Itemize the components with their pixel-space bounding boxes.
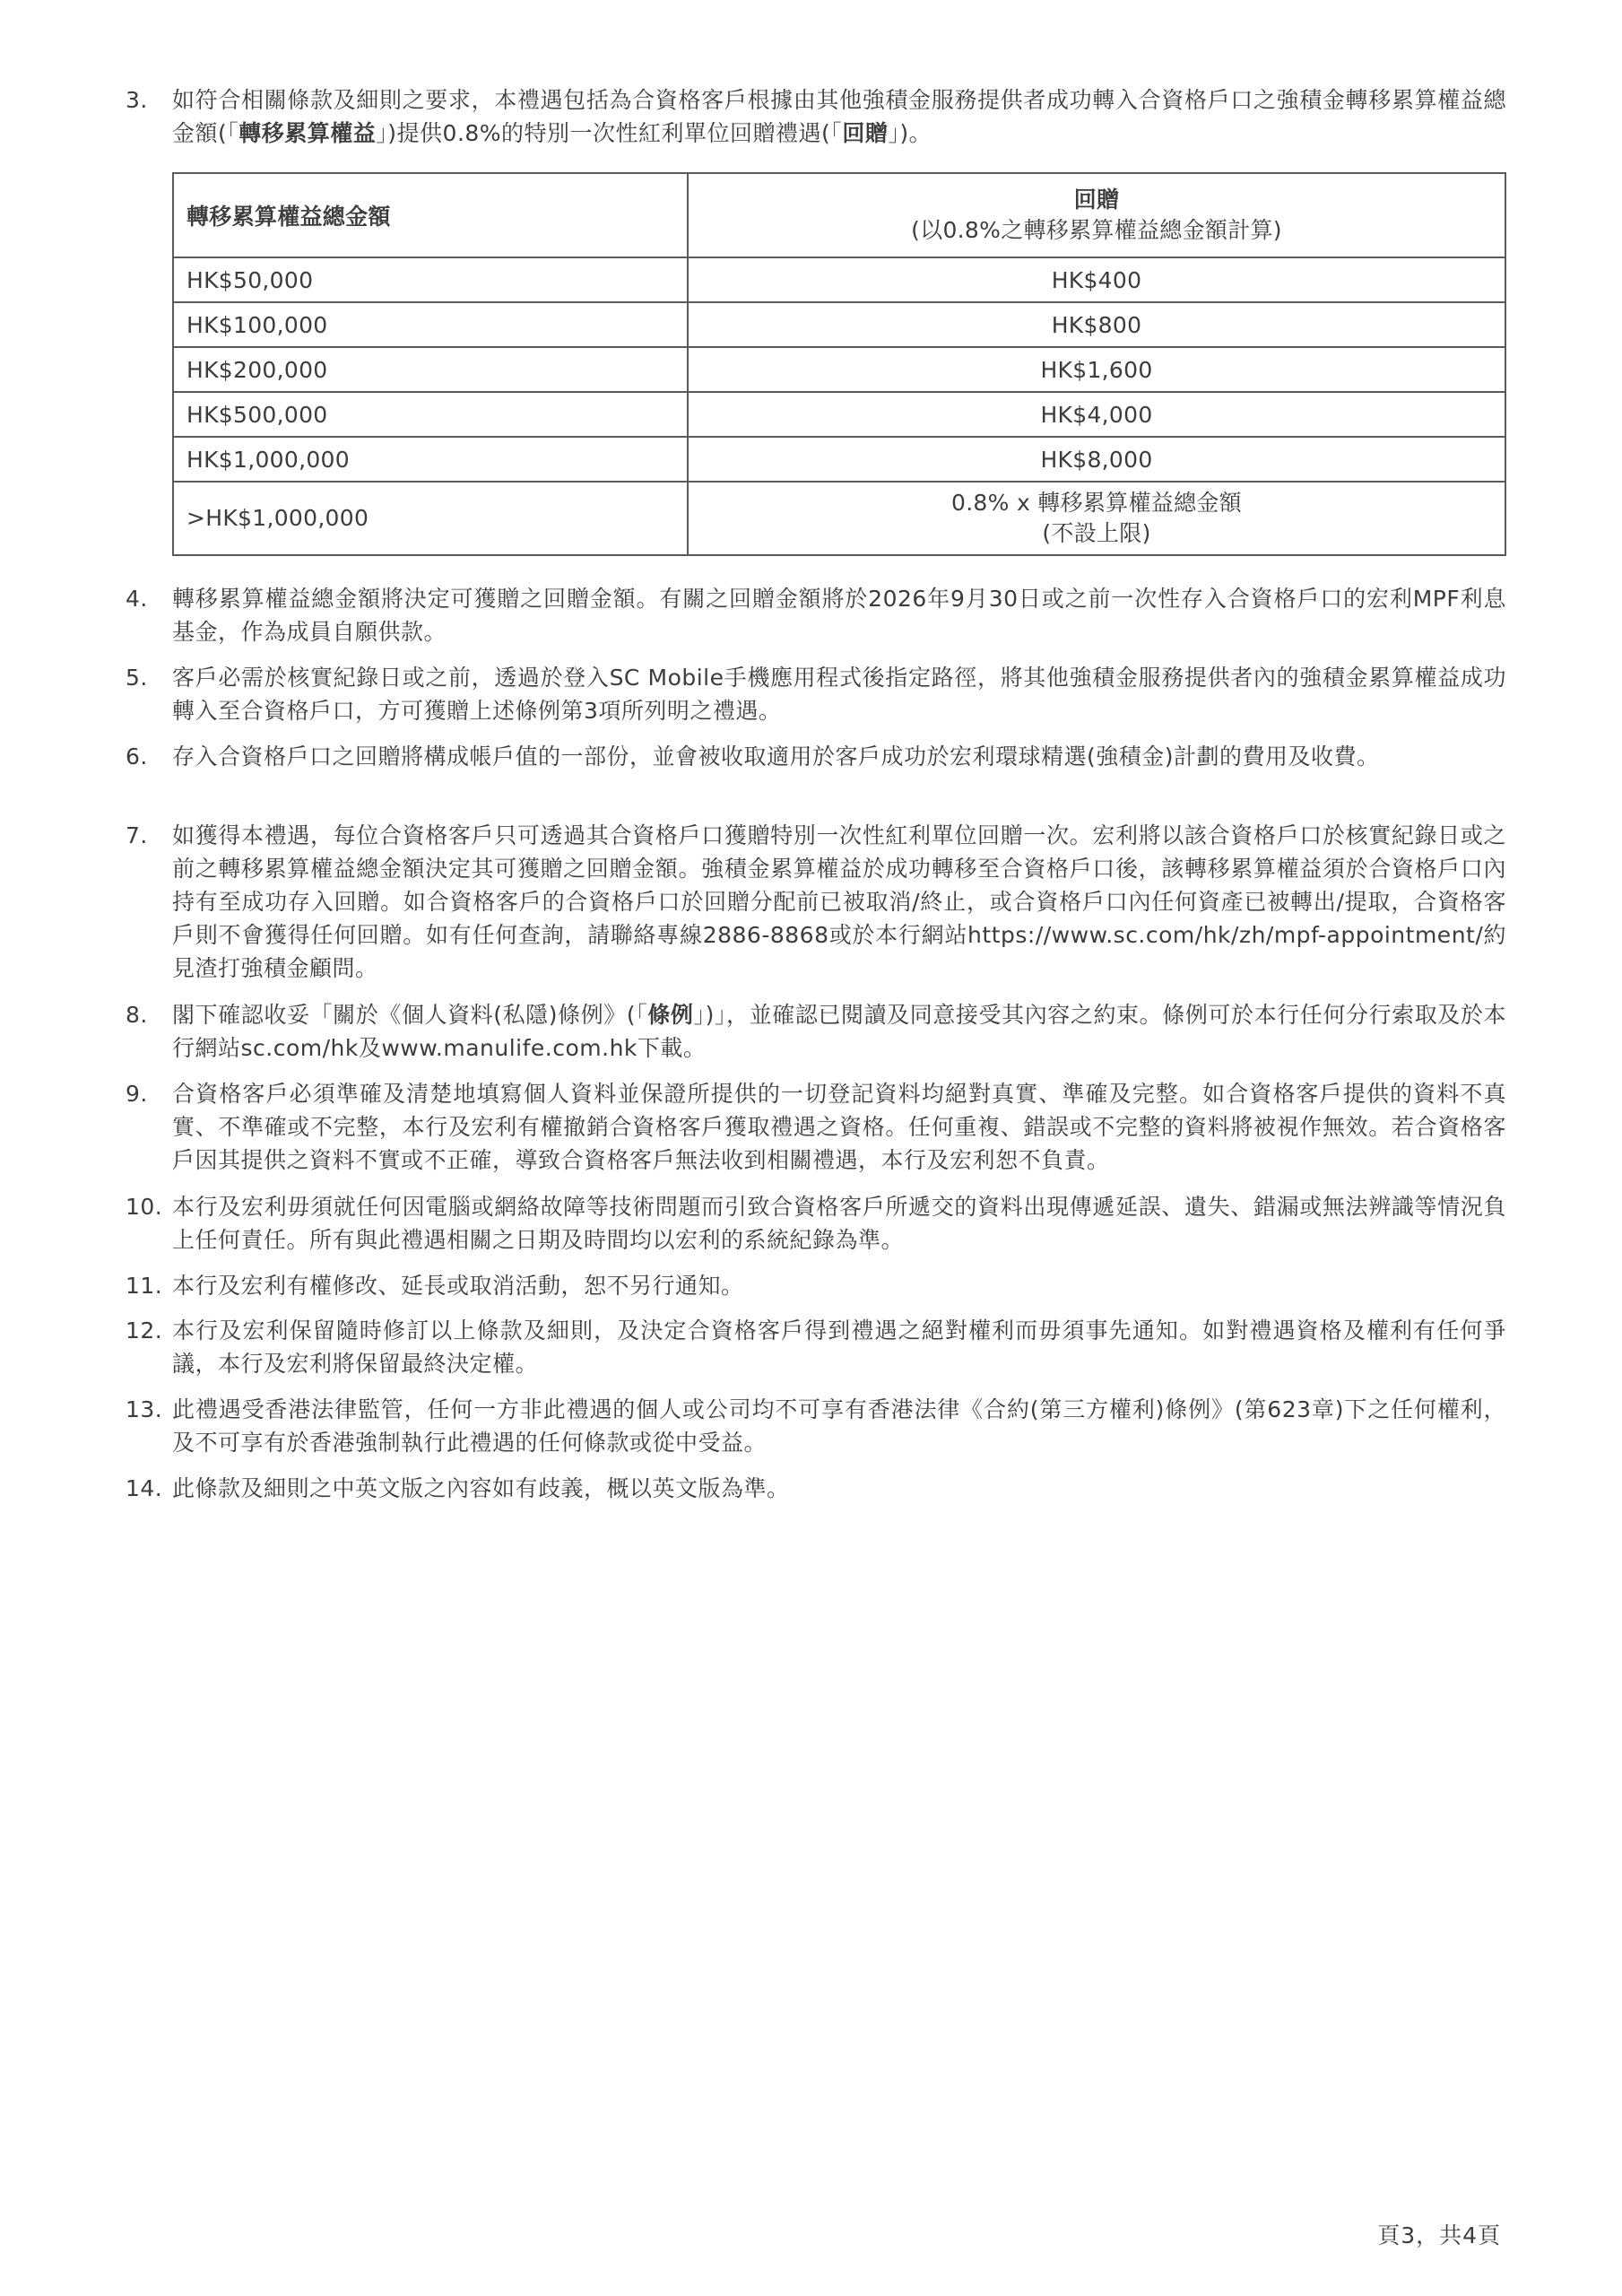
clause-number: 3.	[126, 83, 170, 117]
clause-number: 7.	[126, 819, 170, 852]
clause-4: 4. 轉移累算權益總金額將決定可獲贈之回贈金額。有關之回贈金額將於2026年9月…	[126, 582, 1506, 648]
clause-11: 11. 本行及宏利有權修改、延長或取消活動，恕不另行通知。	[126, 1269, 1506, 1302]
clause-body: 此條款及細則之中英文版之內容如有歧義，概以英文版為準。	[172, 1472, 1506, 1505]
clause-number: 10.	[126, 1190, 170, 1223]
table-row: HK$1,000,000 HK$8,000	[173, 437, 1505, 482]
clause-number: 13.	[126, 1393, 170, 1426]
cell-rebate: HK$8,000	[688, 437, 1505, 482]
table-row: >HK$1,000,000 0.8% x 轉移累算權益總金額 (不設上限)	[173, 482, 1505, 555]
clause-body: 閣下確認收妥「關於《個人資料(私隱)條例》(「條例」)」，並確認已閱讀及同意接受…	[172, 998, 1506, 1065]
table-row: HK$200,000 HK$1,600	[173, 347, 1505, 392]
clause-body: 本行及宏利有權修改、延長或取消活動，恕不另行通知。	[172, 1269, 1506, 1302]
cell-amount: >HK$1,000,000	[173, 482, 688, 555]
cell-rebate: HK$800	[688, 302, 1505, 347]
clause-8: 8. 閣下確認收妥「關於《個人資料(私隱)條例》(「條例」)」，並確認已閱讀及同…	[126, 998, 1506, 1065]
clause-body: 轉移累算權益總金額將決定可獲贈之回贈金額。有關之回贈金額將於2026年9月30日…	[172, 582, 1506, 648]
table-row: HK$500,000 HK$4,000	[173, 392, 1505, 437]
clause-6: 6. 存入合資格戶口之回贈將構成帳戶值的一部份，並會被收取適用於客戶成功於宏利環…	[126, 740, 1506, 773]
clause-body: 如獲得本禮遇，每位合資格客戶只可透過其合資格戶口獲贈特別一次性紅利單位回贈一次。…	[172, 819, 1506, 985]
defined-term: 條例	[647, 1002, 693, 1028]
clause-9: 9. 合資格客戶必須準確及清楚地填寫個人資料並保證所提供的一切登記資料均絕對真實…	[126, 1077, 1506, 1177]
cell-amount: HK$50,000	[173, 257, 688, 302]
cell-amount: HK$1,000,000	[173, 437, 688, 482]
clause-7: 7. 如獲得本禮遇，每位合資格客戶只可透過其合資格戶口獲贈特別一次性紅利單位回贈…	[126, 819, 1506, 985]
clause-14: 14. 此條款及細則之中英文版之內容如有歧義，概以英文版為準。	[126, 1472, 1506, 1505]
cell-amount: HK$100,000	[173, 302, 688, 347]
clause-body: 本行及宏利保留隨時修訂以上條款及細則，及決定合資格客戶得到禮遇之絕對權利而毋須事…	[172, 1314, 1506, 1380]
cell-amount: HK$200,000	[173, 347, 688, 392]
clause-number: 12.	[126, 1314, 170, 1347]
clause-body: 本行及宏利毋須就任何因電腦或網絡故障等技術問題而引致合資格客戶所遞交的資料出現傳…	[172, 1190, 1506, 1257]
column-header-transfer-amount: 轉移累算權益總金額	[173, 173, 688, 257]
cell-rebate: HK$1,600	[688, 347, 1505, 392]
clause-number: 9.	[126, 1077, 170, 1110]
table-row: HK$50,000 HK$400	[173, 257, 1505, 302]
clause-3: 3. 如符合相關條款及細則之要求，本禮遇包括為合資格客戶根據由其他強積金服務提供…	[126, 83, 1506, 150]
cell-rebate: HK$4,000	[688, 392, 1505, 437]
clause-body: 存入合資格戶口之回贈將構成帳戶值的一部份，並會被收取適用於客戶成功於宏利環球精選…	[172, 740, 1506, 773]
clause-number: 4.	[126, 582, 170, 615]
rebate-table: 轉移累算權益總金額 回贈 (以0.8%之轉移累算權益總金額計算) HK$50,0…	[172, 172, 1506, 556]
clause-number: 8.	[126, 998, 170, 1031]
clause-number: 14.	[126, 1472, 170, 1505]
clause-body: 客戶必需於核實紀錄日或之前，透過於登入SC Mobile手機應用程式後指定路徑，…	[172, 661, 1506, 727]
table-header-row: 轉移累算權益總金額 回贈 (以0.8%之轉移累算權益總金額計算)	[173, 173, 1505, 257]
clause-12: 12. 本行及宏利保留隨時修訂以上條款及細則，及決定合資格客戶得到禮遇之絕對權利…	[126, 1314, 1506, 1380]
defined-term: 回贈	[842, 120, 888, 146]
column-header-rebate: 回贈 (以0.8%之轉移累算權益總金額計算)	[688, 173, 1505, 257]
clause-body: 如符合相關條款及細則之要求，本禮遇包括為合資格客戶根據由其他強積金服務提供者成功…	[172, 83, 1506, 150]
clause-5: 5. 客戶必需於核實紀錄日或之前，透過於登入SC Mobile手機應用程式後指定…	[126, 661, 1506, 727]
clause-body: 合資格客戶必須準確及清楚地填寫個人資料並保證所提供的一切登記資料均絕對真實、準確…	[172, 1077, 1506, 1177]
cell-rebate: HK$400	[688, 257, 1505, 302]
clause-number: 5.	[126, 661, 170, 694]
document-page: 3. 如符合相關條款及細則之要求，本禮遇包括為合資格客戶根據由其他強積金服務提供…	[0, 0, 1622, 2296]
clause-13: 13. 此禮遇受香港法律監管，任何一方非此禮遇的個人或公司均不可享有香港法律《合…	[126, 1393, 1506, 1459]
clause-10: 10. 本行及宏利毋須就任何因電腦或網絡故障等技術問題而引致合資格客戶所遞交的資…	[126, 1190, 1506, 1257]
clause-body: 此禮遇受香港法律監管，任何一方非此禮遇的個人或公司均不可享有香港法律《合約(第三…	[172, 1393, 1506, 1459]
clause-number: 6.	[126, 740, 170, 773]
cell-amount: HK$500,000	[173, 392, 688, 437]
cell-rebate: 0.8% x 轉移累算權益總金額 (不設上限)	[688, 482, 1505, 555]
page-number: 頁3，共4頁	[1377, 2218, 1501, 2250]
defined-term: 轉移累算權益	[239, 120, 376, 146]
clause-number: 11.	[126, 1269, 170, 1302]
table-row: HK$100,000 HK$800	[173, 302, 1505, 347]
